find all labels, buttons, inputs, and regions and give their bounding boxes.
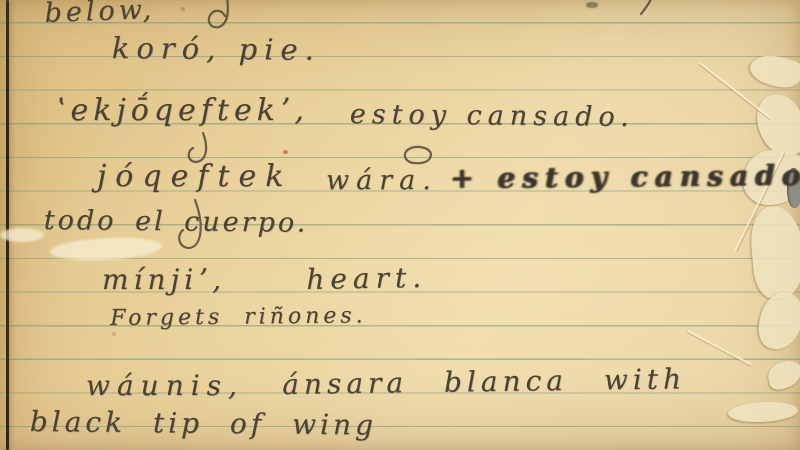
hw-heart: heart. <box>306 261 427 296</box>
hw-joqeftek: jóqeftek <box>97 159 292 194</box>
stain-dot <box>586 2 598 8</box>
stain-dot <box>283 150 288 154</box>
hw-ekjoqeftek: ʽekjṓqeftekʼ, <box>56 93 309 128</box>
paper-scuff <box>0 228 44 242</box>
hw-estoy-cansado-1: estoy cansado. <box>350 99 635 133</box>
hw-black-tip-of-wing: black tip of wing <box>30 405 377 442</box>
hw-koro-pie: koró, pie. <box>112 31 321 67</box>
hw-minji: mínjiʼ, <box>102 263 226 296</box>
hw-estoy-cansado-2: + estoy cansado <box>450 159 800 195</box>
hw-waunis: wáunis, <box>86 369 244 402</box>
hw-ansara-blanca-with: ánsara blanca with <box>282 362 686 401</box>
stain-dot <box>112 332 116 336</box>
hw-forgets-rinones: Forgets riñones. <box>110 303 367 331</box>
page-edge-line <box>6 0 9 450</box>
hw-wara: wára. <box>326 165 438 196</box>
notebook-page: below, koró, pie. ʽekjṓqeftekʼ, estoy ca… <box>0 0 800 450</box>
stain-dot <box>181 7 185 11</box>
hw-word-below: below, <box>44 0 156 29</box>
hw-todo-el-cuerpo: todo el cuerpo. <box>44 205 309 239</box>
